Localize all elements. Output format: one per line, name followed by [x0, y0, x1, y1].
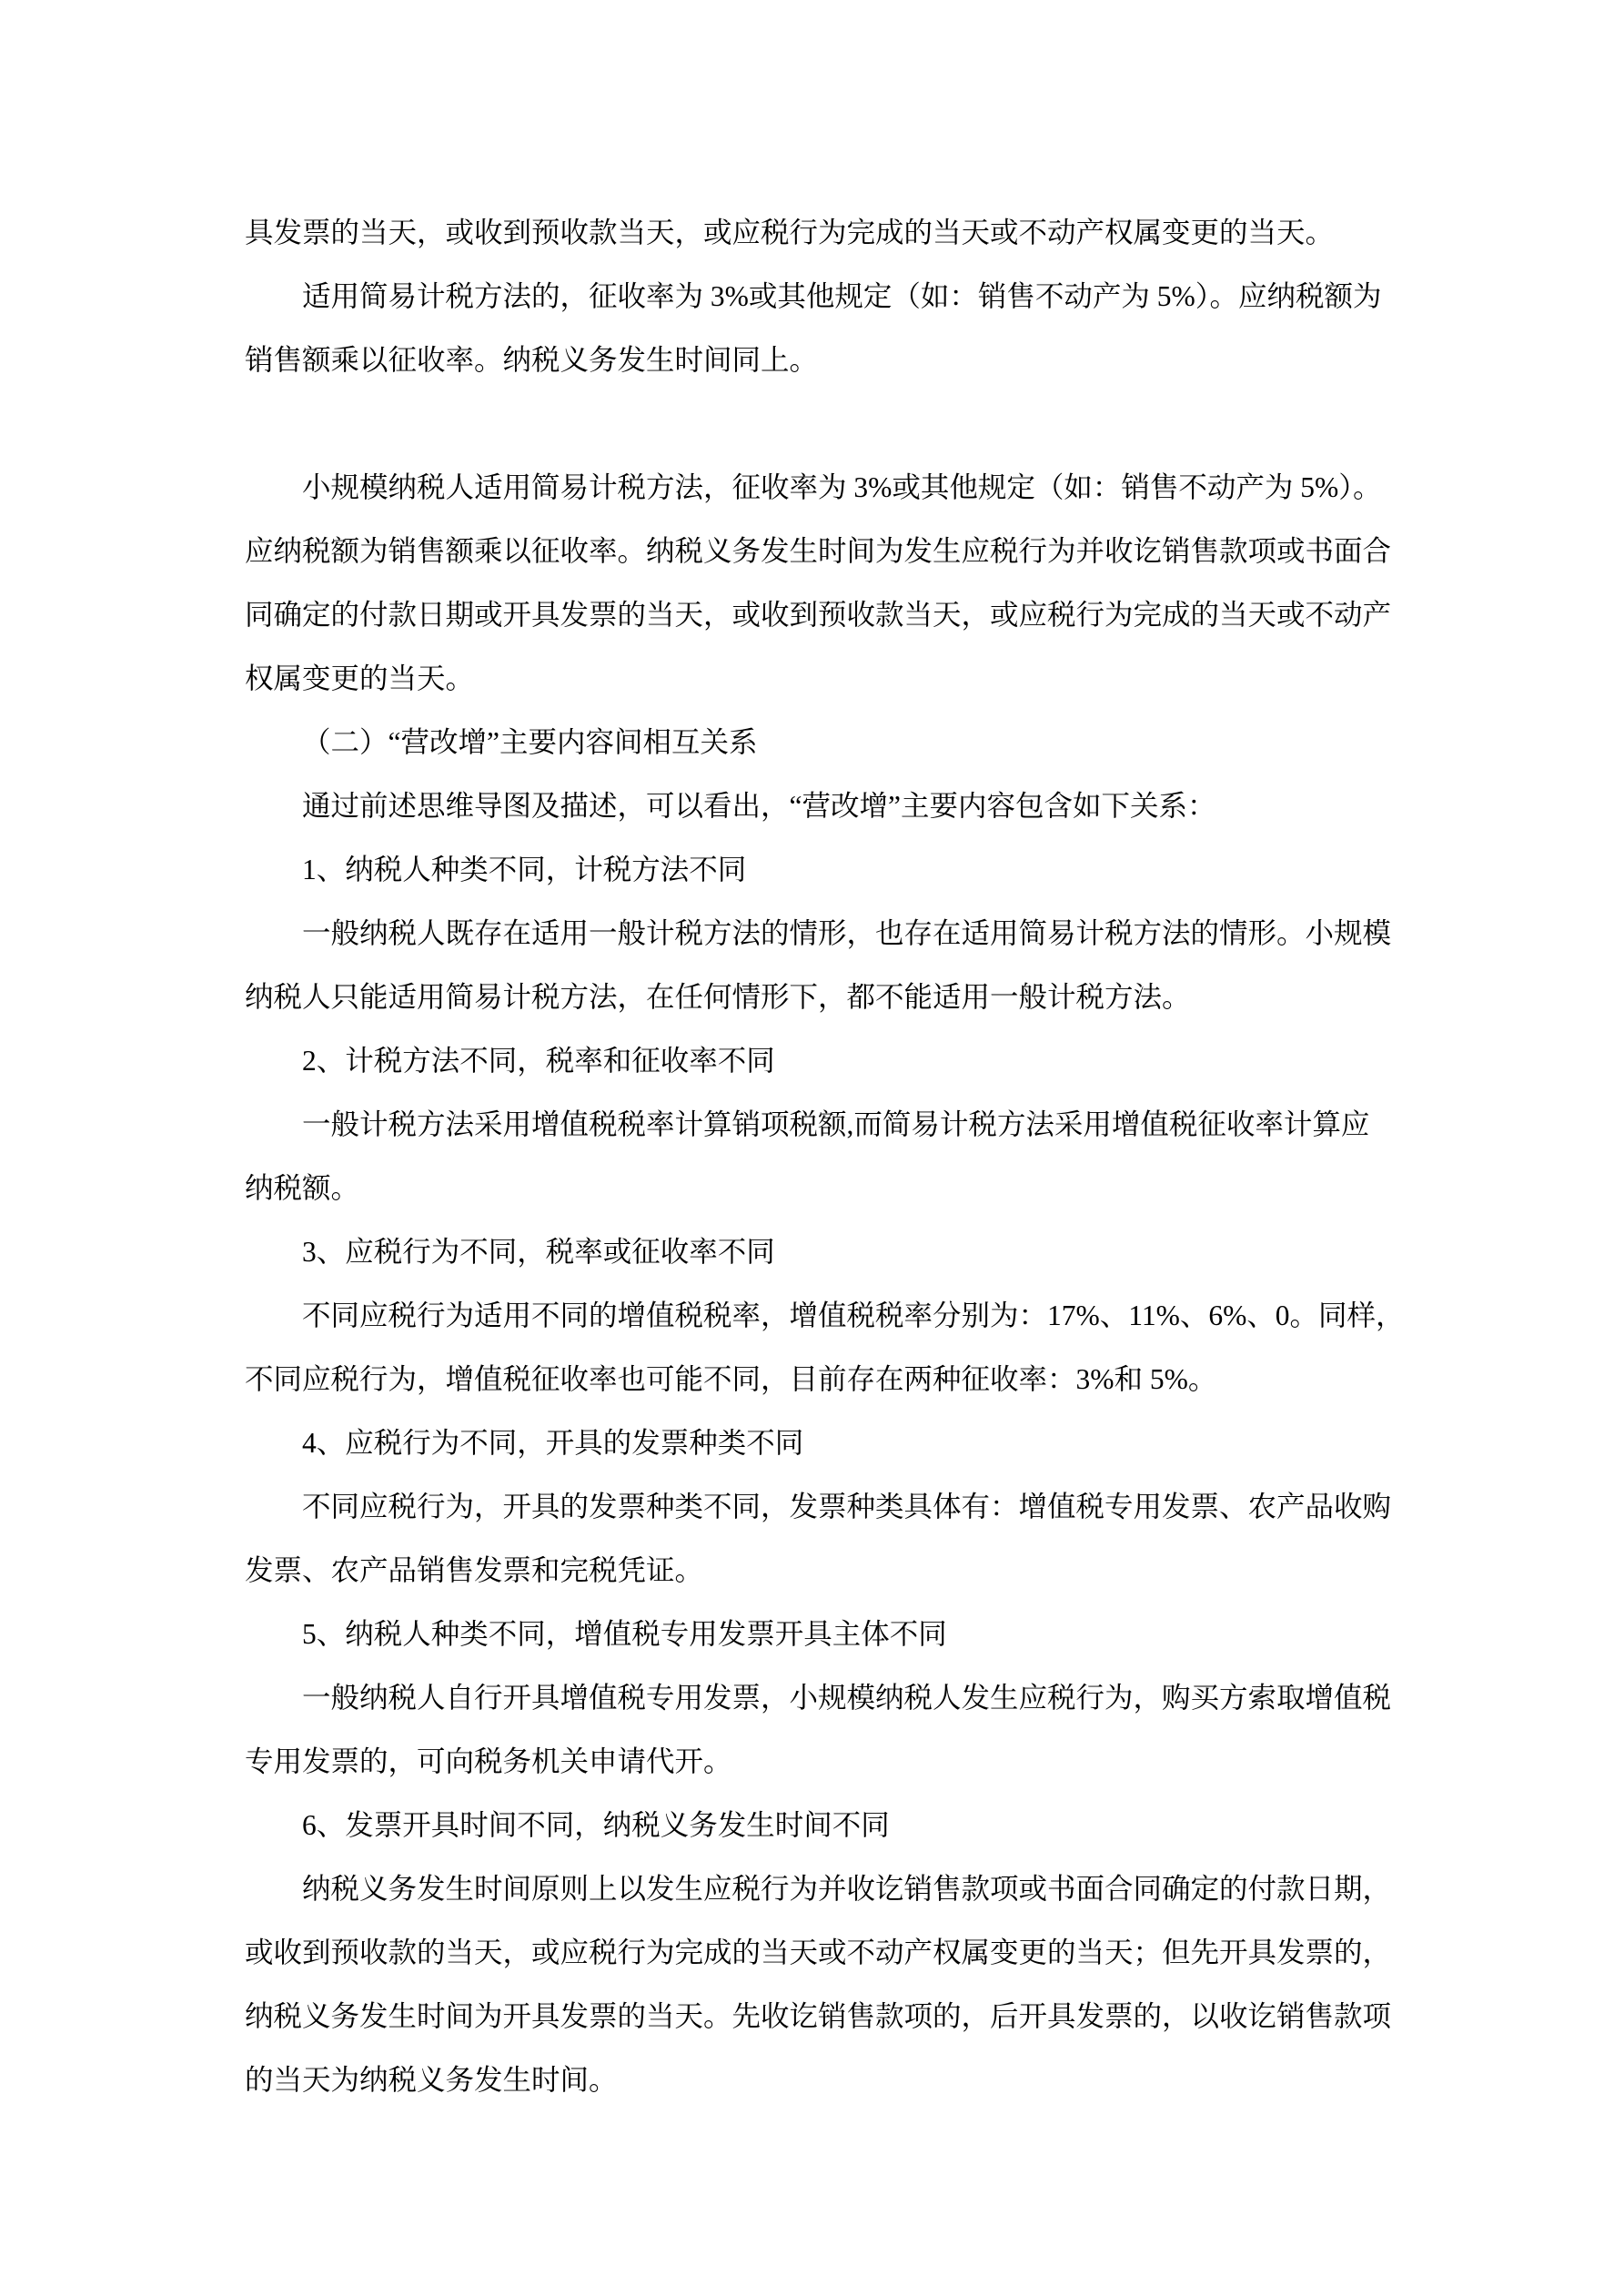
text-line: 1、纳税人种类不同，计税方法不同: [245, 838, 1398, 902]
text-line: 具发票的当天，或收到预收款当天，或应税行为完成的当天或不动产权属变更的当天。: [245, 201, 1398, 265]
text-line: 6、发票开具时间不同，纳税义务发生时间不同: [245, 1794, 1398, 1857]
text-line: 不同应税行为，开具的发票种类不同，发票种类具体有：增值税专用发票、农产品收购: [245, 1475, 1398, 1539]
text-line: 销售额乘以征收率。纳税义务发生时间同上。: [245, 329, 1398, 392]
text-line: 或收到预收款的当天，或应税行为完成的当天或不动产权属变更的当天；但先开具发票的，: [245, 1921, 1398, 1985]
text-line: 发票、农产品销售发票和完税凭证。: [245, 1539, 1398, 1603]
text-line: 一般纳税人既存在适用一般计税方法的情形，也存在适用简易计税方法的情形。小规模: [245, 902, 1398, 966]
text-line: 通过前述思维导图及描述，可以看出，“营改增”主要内容包含如下关系：: [245, 774, 1398, 838]
text-line: 纳税人只能适用简易计税方法，在任何情形下，都不能适用一般计税方法。: [245, 966, 1398, 1029]
text-line: 纳税额。: [245, 1157, 1398, 1220]
text-line: 一般纳税人自行开具增值税专用发票，小规模纳税人发生应税行为，购买方索取增值税: [245, 1666, 1398, 1730]
text-line: （二）“营改增”主要内容间相互关系: [245, 711, 1398, 774]
text-line: 不同应税行为，增值税征收率也可能不同，目前存在两种征收率：3%和 5%。: [245, 1348, 1398, 1411]
text-line: 纳税义务发生时间原则上以发生应税行为并收讫销售款项或书面合同确定的付款日期，: [245, 1857, 1398, 1921]
text-line: 专用发票的，可向税务机关申请代开。: [245, 1730, 1398, 1794]
document-text: 具发票的当天，或收到预收款当天，或应税行为完成的当天或不动产权属变更的当天。适用…: [245, 201, 1398, 2112]
text-line: 5、纳税人种类不同，增值税专用发票开具主体不同: [245, 1603, 1398, 1666]
text-line: 2、计税方法不同，税率和征收率不同: [245, 1029, 1398, 1093]
text-line: 的当天为纳税义务发生时间。: [245, 2048, 1398, 2112]
text-line: 适用简易计税方法的，征收率为 3%或其他规定（如：销售不动产为 5%）。应纳税额…: [245, 265, 1398, 329]
blank-line: [245, 392, 1398, 456]
text-line: 不同应税行为适用不同的增值税税率，增值税税率分别为：17%、11%、6%、0。同…: [245, 1284, 1398, 1348]
text-line: 应纳税额为销售额乘以征收率。纳税义务发生时间为发生应税行为并收讫销售款项或书面合: [245, 520, 1398, 583]
text-line: 4、应税行为不同，开具的发票种类不同: [245, 1411, 1398, 1475]
text-line: 小规模纳税人适用简易计税方法，征收率为 3%或其他规定（如：销售不动产为 5%）…: [245, 456, 1398, 520]
text-line: 3、应税行为不同，税率或征收率不同: [245, 1220, 1398, 1284]
text-line: 权属变更的当天。: [245, 647, 1398, 711]
document-page: 具发票的当天，或收到预收款当天，或应税行为完成的当天或不动产权属变更的当天。适用…: [0, 0, 1624, 2296]
text-line: 同确定的付款日期或开具发票的当天，或收到预收款当天，或应税行为完成的当天或不动产: [245, 583, 1398, 647]
text-line: 一般计税方法采用增值税税率计算销项税额,而简易计税方法采用增值税征收率计算应: [245, 1093, 1398, 1157]
text-line: 纳税义务发生时间为开具发票的当天。先收讫销售款项的，后开具发票的，以收讫销售款项: [245, 1985, 1398, 2048]
